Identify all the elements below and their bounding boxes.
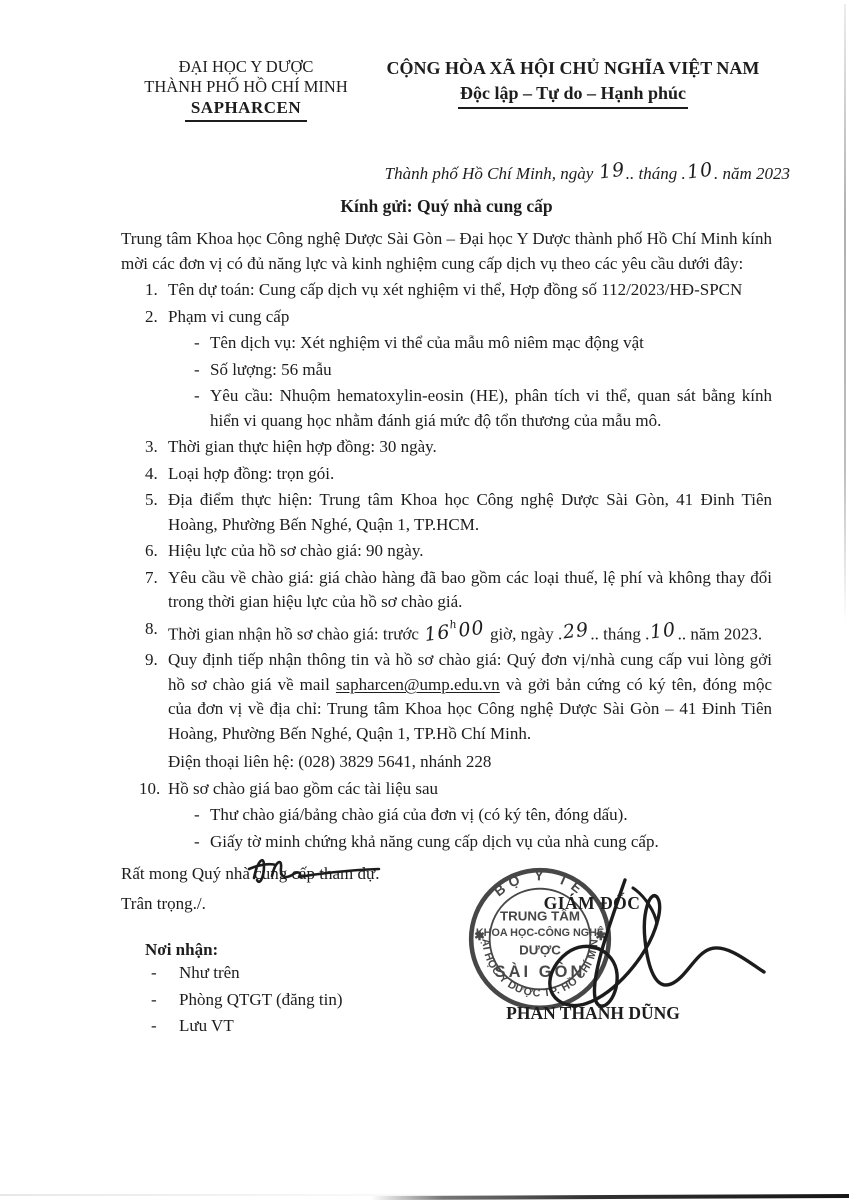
item8-before: Thời gian nhận hồ sơ chào giá: trước <box>168 624 423 643</box>
item-number: 8. <box>145 617 168 647</box>
item-text: Phạm vi cung cấp <box>168 305 772 330</box>
stamp-star-left-icon: ✱ <box>474 929 484 943</box>
dash-marker: - <box>194 358 210 383</box>
list-item-8: 8. Thời gian nhận hồ sơ chào giá: trước … <box>121 617 772 647</box>
recipient-text: Lưu VT <box>179 1013 234 1040</box>
national-motto-underlined: Độc lập – Tự do – Hạnh phúc <box>458 83 688 109</box>
dash-marker: - <box>194 830 210 855</box>
sub-item: - Tên dịch vụ: Xét nghiệm vi thể của mẫu… <box>121 331 772 356</box>
place-date-line: Thành phố Hồ Chí Minh, ngày 19.. tháng .… <box>121 162 790 184</box>
item8-mid2: .. tháng . <box>590 624 649 643</box>
item8-mid1: giờ, ngày . <box>486 624 563 643</box>
recipient-text: Như trên <box>179 960 240 987</box>
dash-marker: - <box>151 987 179 1014</box>
email-address: sapharcen@ump.edu.vn <box>336 675 500 694</box>
item-number: 7. <box>145 566 168 615</box>
item-text: Thời gian nhận hồ sơ chào giá: trước 16h… <box>168 617 772 647</box>
handwritten-initial <box>236 848 386 892</box>
list-item-7: 7. Yêu cầu về chào giá: giá chào hàng đã… <box>121 566 772 615</box>
item-number: 4. <box>145 462 168 487</box>
list-item-9: 9. Quy định tiếp nhận thông tin và hồ sơ… <box>121 648 772 746</box>
item-number: 3. <box>145 435 168 460</box>
item-text: Loại hợp đồng: trọn gói. <box>168 462 772 487</box>
intro-paragraph: Trung tâm Khoa học Công nghệ Dược Sài Gò… <box>121 227 772 276</box>
item-text: Thời gian thực hiện hợp đồng: 30 ngày. <box>168 435 772 460</box>
sub-item-text: Tên dịch vụ: Xét nghiệm vi thể của mẫu m… <box>210 331 772 356</box>
date-suffix: . năm 2023 <box>714 164 790 183</box>
recipient-text: Phòng QTGT (đăng tin) <box>179 987 343 1014</box>
list-item-4: 4. Loại hợp đồng: trọn gói. <box>121 462 772 487</box>
item-text: Hồ sơ chào giá bao gồm các tài liệu sau <box>168 777 772 802</box>
letterhead: ĐẠI HỌC Y DƯỢC THÀNH PHỐ HỒ CHÍ MINH SAP… <box>121 57 772 122</box>
handwritten-month: 10 <box>686 158 715 183</box>
list-item-5: 5. Địa điểm thực hiện: Trung tâm Khoa họ… <box>121 488 772 537</box>
dash-marker: - <box>194 331 210 356</box>
sub-item: - Số lượng: 56 mẫu <box>121 358 772 383</box>
handwritten-minutes: 00 <box>457 616 486 641</box>
list-item-3: 3. Thời gian thực hiện hợp đồng: 30 ngày… <box>121 435 772 460</box>
date-prefix: Thành phố Hồ Chí Minh, ngày <box>385 164 598 183</box>
national-header-block: CỘNG HÒA XÃ HỘI CHỦ NGHĨA VIỆT NAM Độc l… <box>374 57 772 109</box>
org-line-1: ĐẠI HỌC Y DƯỢC <box>121 57 371 77</box>
item-number: 9. <box>145 648 168 746</box>
handwritten-month: 10 <box>649 617 678 645</box>
signature-ink <box>505 868 775 1018</box>
item-text: Quy định tiếp nhận thông tin và hồ sơ ch… <box>168 648 772 746</box>
dash-marker: - <box>151 960 179 987</box>
item-number: 1. <box>145 278 168 303</box>
sub-item: - Yêu cầu: Nhuộm hematoxylin-eosin (HE),… <box>121 384 772 433</box>
list-item-6: 6. Hiệu lực của hồ sơ chào giá: 90 ngày. <box>121 539 772 564</box>
handwritten-time: 16h00 <box>423 611 487 647</box>
dash-marker: - <box>194 384 210 433</box>
dash-marker: - <box>194 803 210 828</box>
item8-suffix: .. năm 2023. <box>678 624 763 643</box>
item-number: 2. <box>145 305 168 330</box>
handwritten-day: 29 <box>562 617 591 645</box>
item-text: Hiệu lực của hồ sơ chào giá: 90 ngày. <box>168 539 772 564</box>
item-number: 6. <box>145 539 168 564</box>
date-mid: .. tháng . <box>626 164 686 183</box>
sub-item-text: Thư chào giá/bảng chào giá của đơn vị (c… <box>210 803 772 828</box>
item-text: Yêu cầu về chào giá: giá chào hàng đã ba… <box>168 566 772 615</box>
item-text: Tên dự toán: Cung cấp dịch vụ xét nghiệm… <box>168 278 772 303</box>
recipient-item: - Như trên <box>145 960 445 987</box>
scan-edge-right <box>844 4 846 624</box>
recipient-item: - Lưu VT <box>145 1013 445 1040</box>
recipients-title: Nơi nhận: <box>145 940 445 960</box>
handwritten-day: 19 <box>597 158 626 183</box>
recipients-block: Nơi nhận: - Như trên - Phòng QTGT (đăng … <box>145 940 445 1040</box>
contact-phone: Điện thoại liên hệ: (028) 3829 5641, nhá… <box>168 750 772 775</box>
sub-item-text: Yêu cầu: Nhuộm hematoxylin-eosin (HE), p… <box>210 384 772 433</box>
sub-item-text: Số lượng: 56 mẫu <box>210 358 772 383</box>
item-number: 10. <box>139 777 168 802</box>
list-item-1: 1. Tên dự toán: Cung cấp dịch vụ xét ngh… <box>121 278 772 303</box>
scanned-letter-page: ĐẠI HỌC Y DƯỢC THÀNH PHỐ HỒ CHÍ MINH SAP… <box>0 0 849 1200</box>
recipient-item: - Phòng QTGT (đăng tin) <box>145 987 445 1014</box>
org-line-2: THÀNH PHỐ HỒ CHÍ MINH <box>121 77 371 97</box>
scan-edge-bottom <box>371 1194 849 1200</box>
scan-edge-bottom-faint <box>0 1194 430 1196</box>
org-name-underlined: SAPHARCEN <box>185 98 307 122</box>
signature-stroke <box>550 880 764 1006</box>
initial-stroke <box>249 860 379 882</box>
list-item-10: 10. Hồ sơ chào giá bao gồm các tài liệu … <box>121 777 772 802</box>
dash-marker: - <box>151 1013 179 1040</box>
item-text: Địa điểm thực hiện: Trung tâm Khoa học C… <box>168 488 772 537</box>
issuing-org-block: ĐẠI HỌC Y DƯỢC THÀNH PHỐ HỒ CHÍ MINH SAP… <box>121 57 371 122</box>
list-item-2: 2. Phạm vi cung cấp <box>121 305 772 330</box>
sub-item: - Thư chào giá/bảng chào giá của đơn vị … <box>121 803 772 828</box>
national-title: CỘNG HÒA XÃ HỘI CHỦ NGHĨA VIỆT NAM <box>374 57 772 79</box>
handwritten-hour: 16 <box>423 620 452 645</box>
salutation: Kính gửi: Quý nhà cung cấp <box>121 196 772 217</box>
item-number: 5. <box>145 488 168 537</box>
